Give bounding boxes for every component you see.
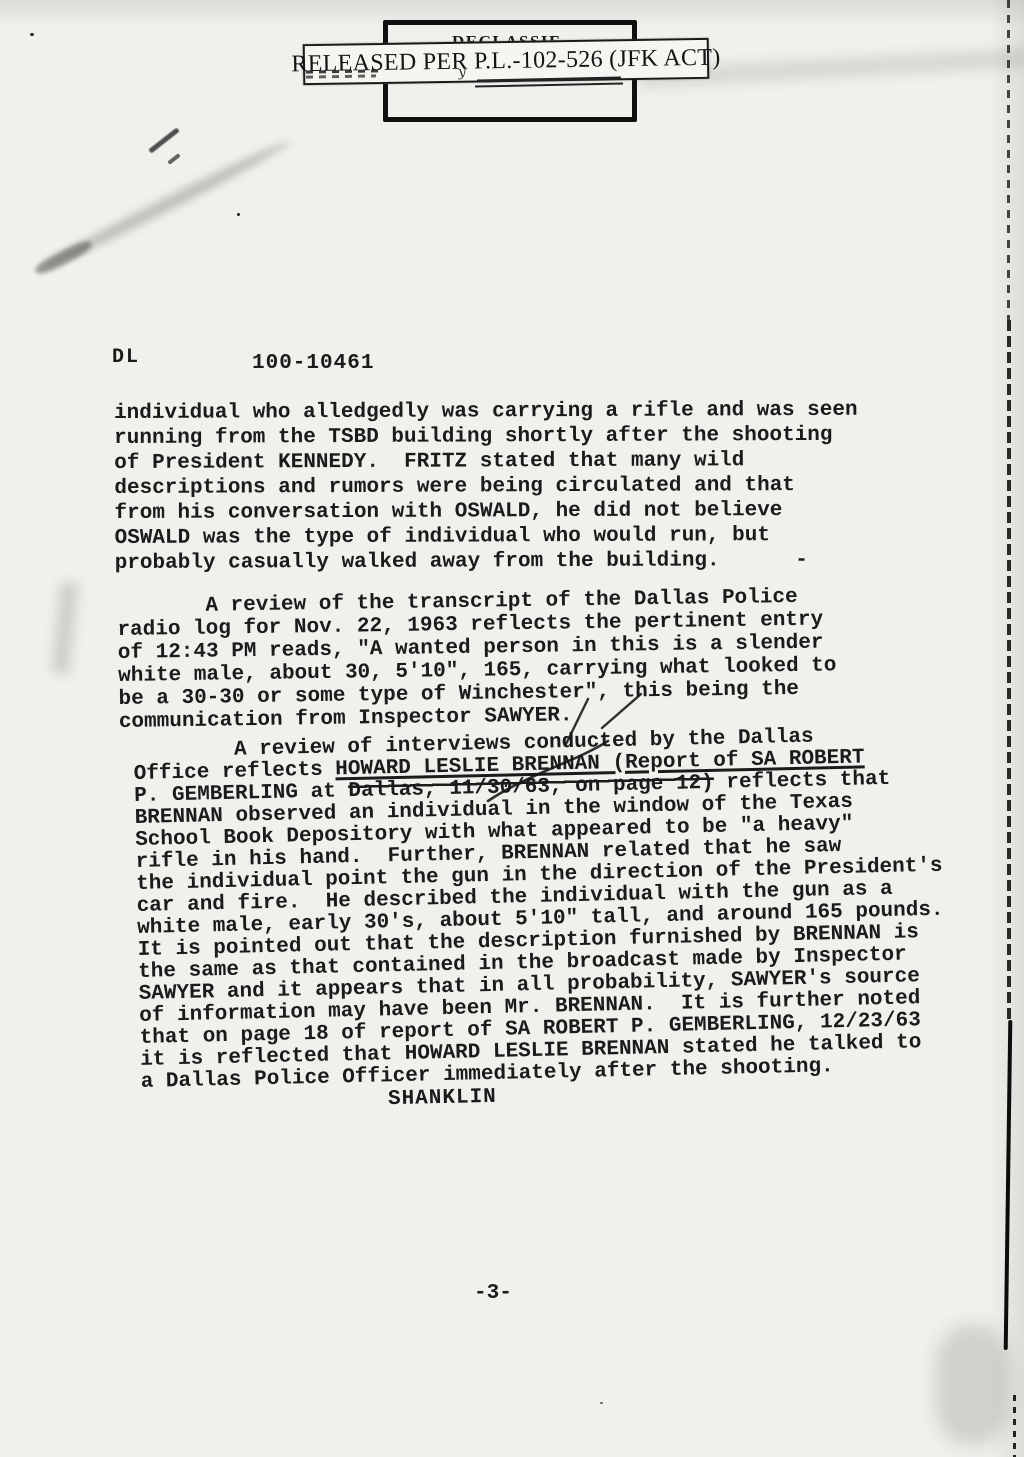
- text-line: OSWALD was the type of individual who wo…: [115, 523, 859, 551]
- file-number: 100-10461: [252, 352, 374, 375]
- scan-edge-line: [1007, 0, 1010, 320]
- top-left-crease: [37, 136, 293, 276]
- text-line: of President KENNEDY. FRITZ stated that …: [114, 448, 858, 476]
- paragraph-2: A review of the transcript of the Dallas…: [117, 585, 837, 734]
- signature: SHANKLIN: [388, 1086, 497, 1111]
- text-line: probably casually walked away from the b…: [115, 548, 859, 576]
- page-number: -3-: [474, 1282, 512, 1305]
- scan-edge-line: [1013, 1395, 1016, 1457]
- text-segment: from his conversation with OSWALD, he di…: [114, 499, 782, 525]
- released-stamp-label: RELEASED PER P.L.-102-526 (JFK ACT): [291, 45, 721, 79]
- ink-smudge: [167, 153, 180, 165]
- text-segment: descriptions and rumors were being circu…: [114, 474, 795, 500]
- text-line: running from the TSBD building shortly a…: [114, 423, 858, 451]
- text-segment: individual who alledgedly was carrying a…: [114, 399, 858, 425]
- text-segment: running from the TSBD building shortly a…: [114, 424, 832, 450]
- ink-smudge: [148, 127, 179, 153]
- ink-speck: [30, 33, 34, 36]
- bottom-right-blotch: [935, 1325, 1010, 1445]
- field-office-code: DL: [112, 346, 140, 369]
- text-line: from his conversation with OSWALD, he di…: [114, 498, 858, 526]
- scan-edge-line: [1007, 320, 1011, 1020]
- text-segment: OSWALD was the type of individual who wo…: [115, 524, 770, 550]
- text-line: individual who alledgedly was carrying a…: [114, 398, 858, 426]
- ink-speck: [600, 1402, 603, 1404]
- scanned-document-page: DECLASSIF RELEASED PER P.L.-102-526 (JFK…: [0, 0, 1024, 1457]
- text-line: descriptions and rumors were being circu…: [114, 473, 858, 501]
- left-fold-smudge: [51, 581, 79, 674]
- paragraph-1: individual who alledgedly was carrying a…: [114, 398, 858, 576]
- text-segment: probably casually walked away from the b…: [115, 549, 808, 575]
- ink-speck: [237, 213, 240, 216]
- text-segment: reflects that: [714, 768, 891, 795]
- scan-edge-line: [1004, 1020, 1013, 1350]
- text-segment: of President KENNEDY. FRITZ stated that …: [114, 449, 744, 475]
- paragraph-3: A review of interviews conducted by the …: [133, 724, 947, 1094]
- top-left-crease-dark: [33, 238, 94, 278]
